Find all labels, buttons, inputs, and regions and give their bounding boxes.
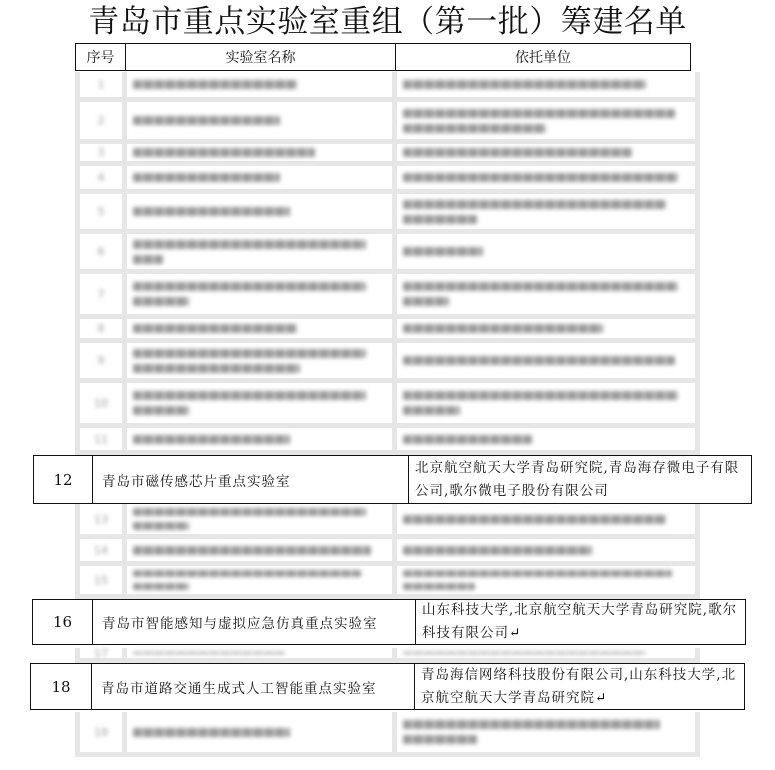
redacted-host [397,144,700,161]
redacted-lab-name [127,383,397,423]
table-row-redacted: 15 [75,566,700,599]
redacted-lab-name [127,504,397,534]
document-title: 青岛市重点实验室重组（第一批）筹建名单 [0,2,775,42]
row-number: 14 [94,544,108,557]
lab-name: 青岛市道路交通生成式人工智能重点实验室 [92,664,415,709]
redacted-host [397,194,700,229]
redacted-lab-name [127,72,397,97]
redacted-lab-name [127,539,397,561]
table-row-redacted: 8 [75,319,700,343]
row-number: 9 [98,354,105,367]
row-number: 5 [98,205,105,218]
table-row-redacted: 1 [75,72,700,102]
redacted-host [397,648,700,658]
table-row-16: 16 青岛市智能感知与虚拟应急仿真重点实验室 山东科技大学,北京航空航天大学青岛… [32,599,746,645]
redacted-host [397,234,700,269]
row-number: 13 [94,513,108,526]
row-number: 1 [98,78,105,91]
col-header-serial: 序号 [76,44,126,70]
redacted-host [397,428,700,450]
table-row-redacted: 3 [75,144,700,166]
host-institutions: 青岛海信网络科技股份有限公司,山东科技大学,北京航空航天大学青岛研究院↵ [415,664,744,709]
redacted-host [397,504,700,534]
redacted-lab-name [127,566,397,594]
redacted-lab-name [127,428,397,450]
row-number: 15 [94,574,108,587]
row-number: 4 [98,171,105,184]
host-institutions: 北京航空航天大学青岛研究院,青岛海存微电子有限公司,歌尔微电子股份有限公司 [409,456,751,503]
table-row-redacted: 2 [75,102,700,144]
redacted-lab-name [127,319,397,338]
table-row-18: 18 青岛市道路交通生成式人工智能重点实验室 青岛海信网络科技股份有限公司,山东… [30,663,745,710]
table-row-redacted: 11 [75,428,700,455]
redacted-lab-name [127,343,397,378]
row-number: 18 [31,664,92,709]
row-number: 2 [98,114,105,127]
row-number: 12 [34,456,93,503]
table-row-redacted: 4 [75,166,700,194]
table-row-12: 12 青岛市磁传感芯片重点实验室 北京航空航天大学青岛研究院,青岛海存微电子有限… [33,455,752,504]
table-header: 序号 实验室名称 依托单位 [75,43,691,71]
redacted-lab-name [127,144,397,161]
redacted-host [397,166,700,189]
table-row-redacted: 6 [75,234,700,274]
row-number: 7 [98,288,105,301]
row-number: 16 [33,600,93,644]
lab-name: 青岛市磁传感芯片重点实验室 [93,456,409,503]
table-row-redacted: 5 [75,194,700,234]
table-row-redacted: 9 [75,343,700,383]
redacted-lab-name [127,712,397,752]
table-row-redacted: 7 [75,274,700,319]
redacted-host [397,343,700,378]
table-row-redacted: 13 [75,504,700,539]
redacted-host [397,566,700,594]
row-number: 11 [94,433,108,446]
table-row-redacted: 17 [75,648,700,663]
table-row-redacted: 14 [75,539,700,566]
redacted-lab-name [127,166,397,189]
redacted-host [397,274,700,314]
redacted-host [397,319,700,338]
col-header-host: 依托单位 [396,44,690,70]
redacted-host [397,383,700,423]
row-number: 8 [98,322,105,335]
host-institutions: 山东科技大学,北京航空航天大学青岛研究院,歌尔科技有限公司↵ [416,600,745,644]
table-row-redacted: 10 [75,383,700,428]
table-row-redacted: 19 [75,712,700,757]
row-number: 6 [98,245,105,258]
col-header-lab-name: 实验室名称 [126,44,396,70]
redacted-lab-name [127,648,397,658]
row-number: 10 [94,397,108,410]
redacted-host [397,712,700,752]
redacted-host [397,72,700,97]
lab-name: 青岛市智能感知与虚拟应急仿真重点实验室 [93,600,416,644]
redacted-lab-name [127,194,397,229]
redacted-lab-name [127,102,397,139]
redacted-lab-name [127,234,397,269]
redacted-lab-name [127,274,397,314]
row-number: 17 [94,647,108,660]
redacted-host [397,539,700,561]
redacted-host [397,102,700,139]
row-number: 19 [94,726,108,739]
row-number: 3 [98,146,105,159]
